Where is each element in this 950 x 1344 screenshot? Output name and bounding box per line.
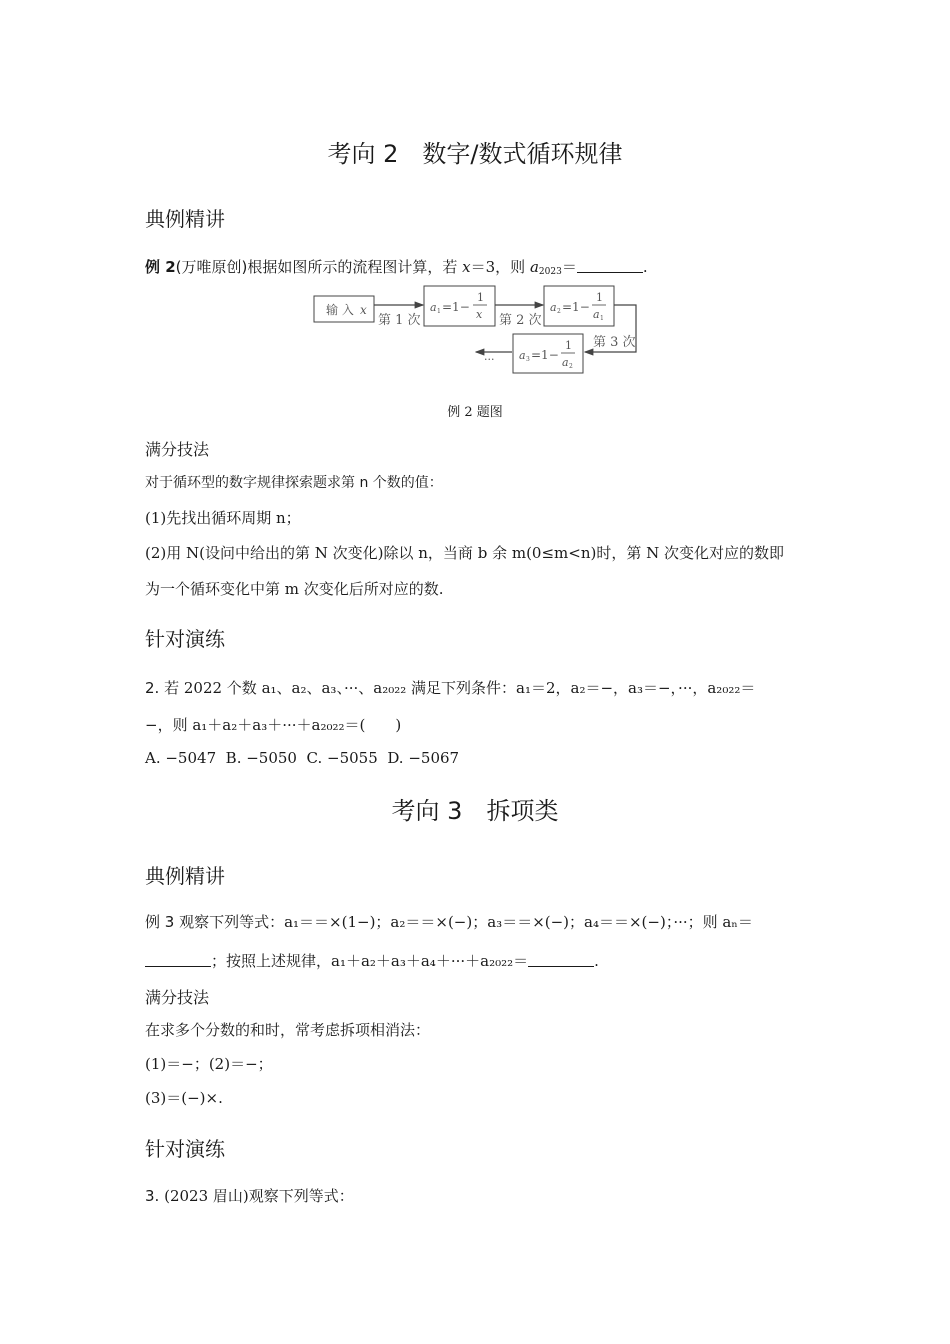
problem-number: 2 [145,679,155,697]
svg-text:···: ··· [484,353,495,366]
example-label: 例 2 [145,258,176,276]
problem-3: 3. (2023 眉山)观察下列等式： [145,1185,354,1206]
svg-text:a: a [430,301,437,314]
svg-text:第 3 次: 第 3 次 [593,334,636,350]
tips-heading: 满分技法 [145,437,209,460]
section-title-2: 考向 2 数字/数式循环规律 [0,134,950,169]
practice-heading: 针对演练 [145,623,225,652]
tip-line: (1)＝−；(2)＝−； [145,1053,273,1074]
answer-blank[interactable] [577,258,643,273]
svg-text:3: 3 [526,356,530,363]
svg-text:a: a [550,301,557,314]
option-a[interactable]: A. −5047 [145,749,216,767]
svg-text:1: 1 [600,315,604,322]
svg-text:1: 1 [477,291,484,304]
option-c[interactable]: C. −5055 [307,749,378,767]
svg-text:1: 1 [437,308,441,315]
option-b[interactable]: B. −5050 [226,749,297,767]
tip-line: (2)用 N(设问中给出的第 N 次变化)除以 n，当商 b 余 m(0≤m<n… [145,542,784,563]
example-3-line-2: ；按照上述规律，a₁＋a₂＋a₃＋a₄＋···＋a₂₀₂₂＝. [145,950,599,971]
svg-text:1: 1 [565,339,572,352]
svg-text:第 1 次: 第 1 次 [378,312,421,328]
problem-2-options: A. −5047 B. −5050 C. −5055 D. −5067 [145,749,459,767]
svg-text:x: x [476,308,483,321]
example-heading: 典例精讲 [145,860,225,889]
svg-text:a: a [519,349,526,362]
svg-text:a: a [593,308,600,321]
problem-number: 3 [145,1187,155,1205]
example-3-line-1: 例 3 观察下列等式：a₁＝＝×(1−)；a₂＝＝×(−)；a₃＝＝×(−)；a… [145,911,753,932]
svg-text:=1−: =1− [562,300,590,314]
svg-text:输 入: 输 入 [326,302,354,317]
svg-text:第 2 次: 第 2 次 [499,312,542,328]
tip-line: 在求多个分数的和时，常考虑拆项相消法： [145,1019,430,1040]
svg-text:2: 2 [569,363,573,370]
figure-caption: 例 2 题图 [0,401,950,420]
example-source: (万唯原创) [176,258,248,276]
tip-line: 对于循环型的数字规律探索题求第 n 个数的值： [145,472,443,492]
example-label: 例 3 [145,913,174,931]
problem-2-line-1: 2. 若 2022 个数 a₁、a₂、a₃、···、a₂₀₂₂ 满足下列条件：a… [145,677,755,698]
problem-2-line-2: −，则 a₁＋a₂＋a₃＋···＋a₂₀₂₂＝( ) [145,714,401,735]
example-2-question: 例 2(万唯原创)根据如图所示的流程图计算，若 x＝3，则 a2023＝. [145,256,648,277]
section-title-3: 考向 3 拆项类 [0,791,950,826]
tip-line: (1)先找出循环周期 n； [145,507,301,528]
answer-blank[interactable] [145,952,211,967]
svg-text:=1−: =1− [442,300,470,314]
svg-text:x: x [360,303,367,317]
svg-text:=1−: =1− [531,348,559,362]
answer-blank[interactable] [528,952,594,967]
tip-line: (3)＝(−)×. [145,1087,223,1108]
tip-line: 为一个循环变化中第 m 次变化后所对应的数. [145,578,444,599]
svg-text:a: a [562,356,569,369]
flowchart: 输 入 x 第 1 次 a1 =1− 1 x 第 2 次 a2 =1− 1 a1… [300,280,650,380]
example-heading: 典例精讲 [145,203,225,232]
svg-text:1: 1 [596,291,603,304]
svg-text:2: 2 [557,308,561,315]
tips-heading: 满分技法 [145,985,209,1008]
option-d[interactable]: D. −5067 [387,749,459,767]
practice-heading: 针对演练 [145,1133,225,1162]
